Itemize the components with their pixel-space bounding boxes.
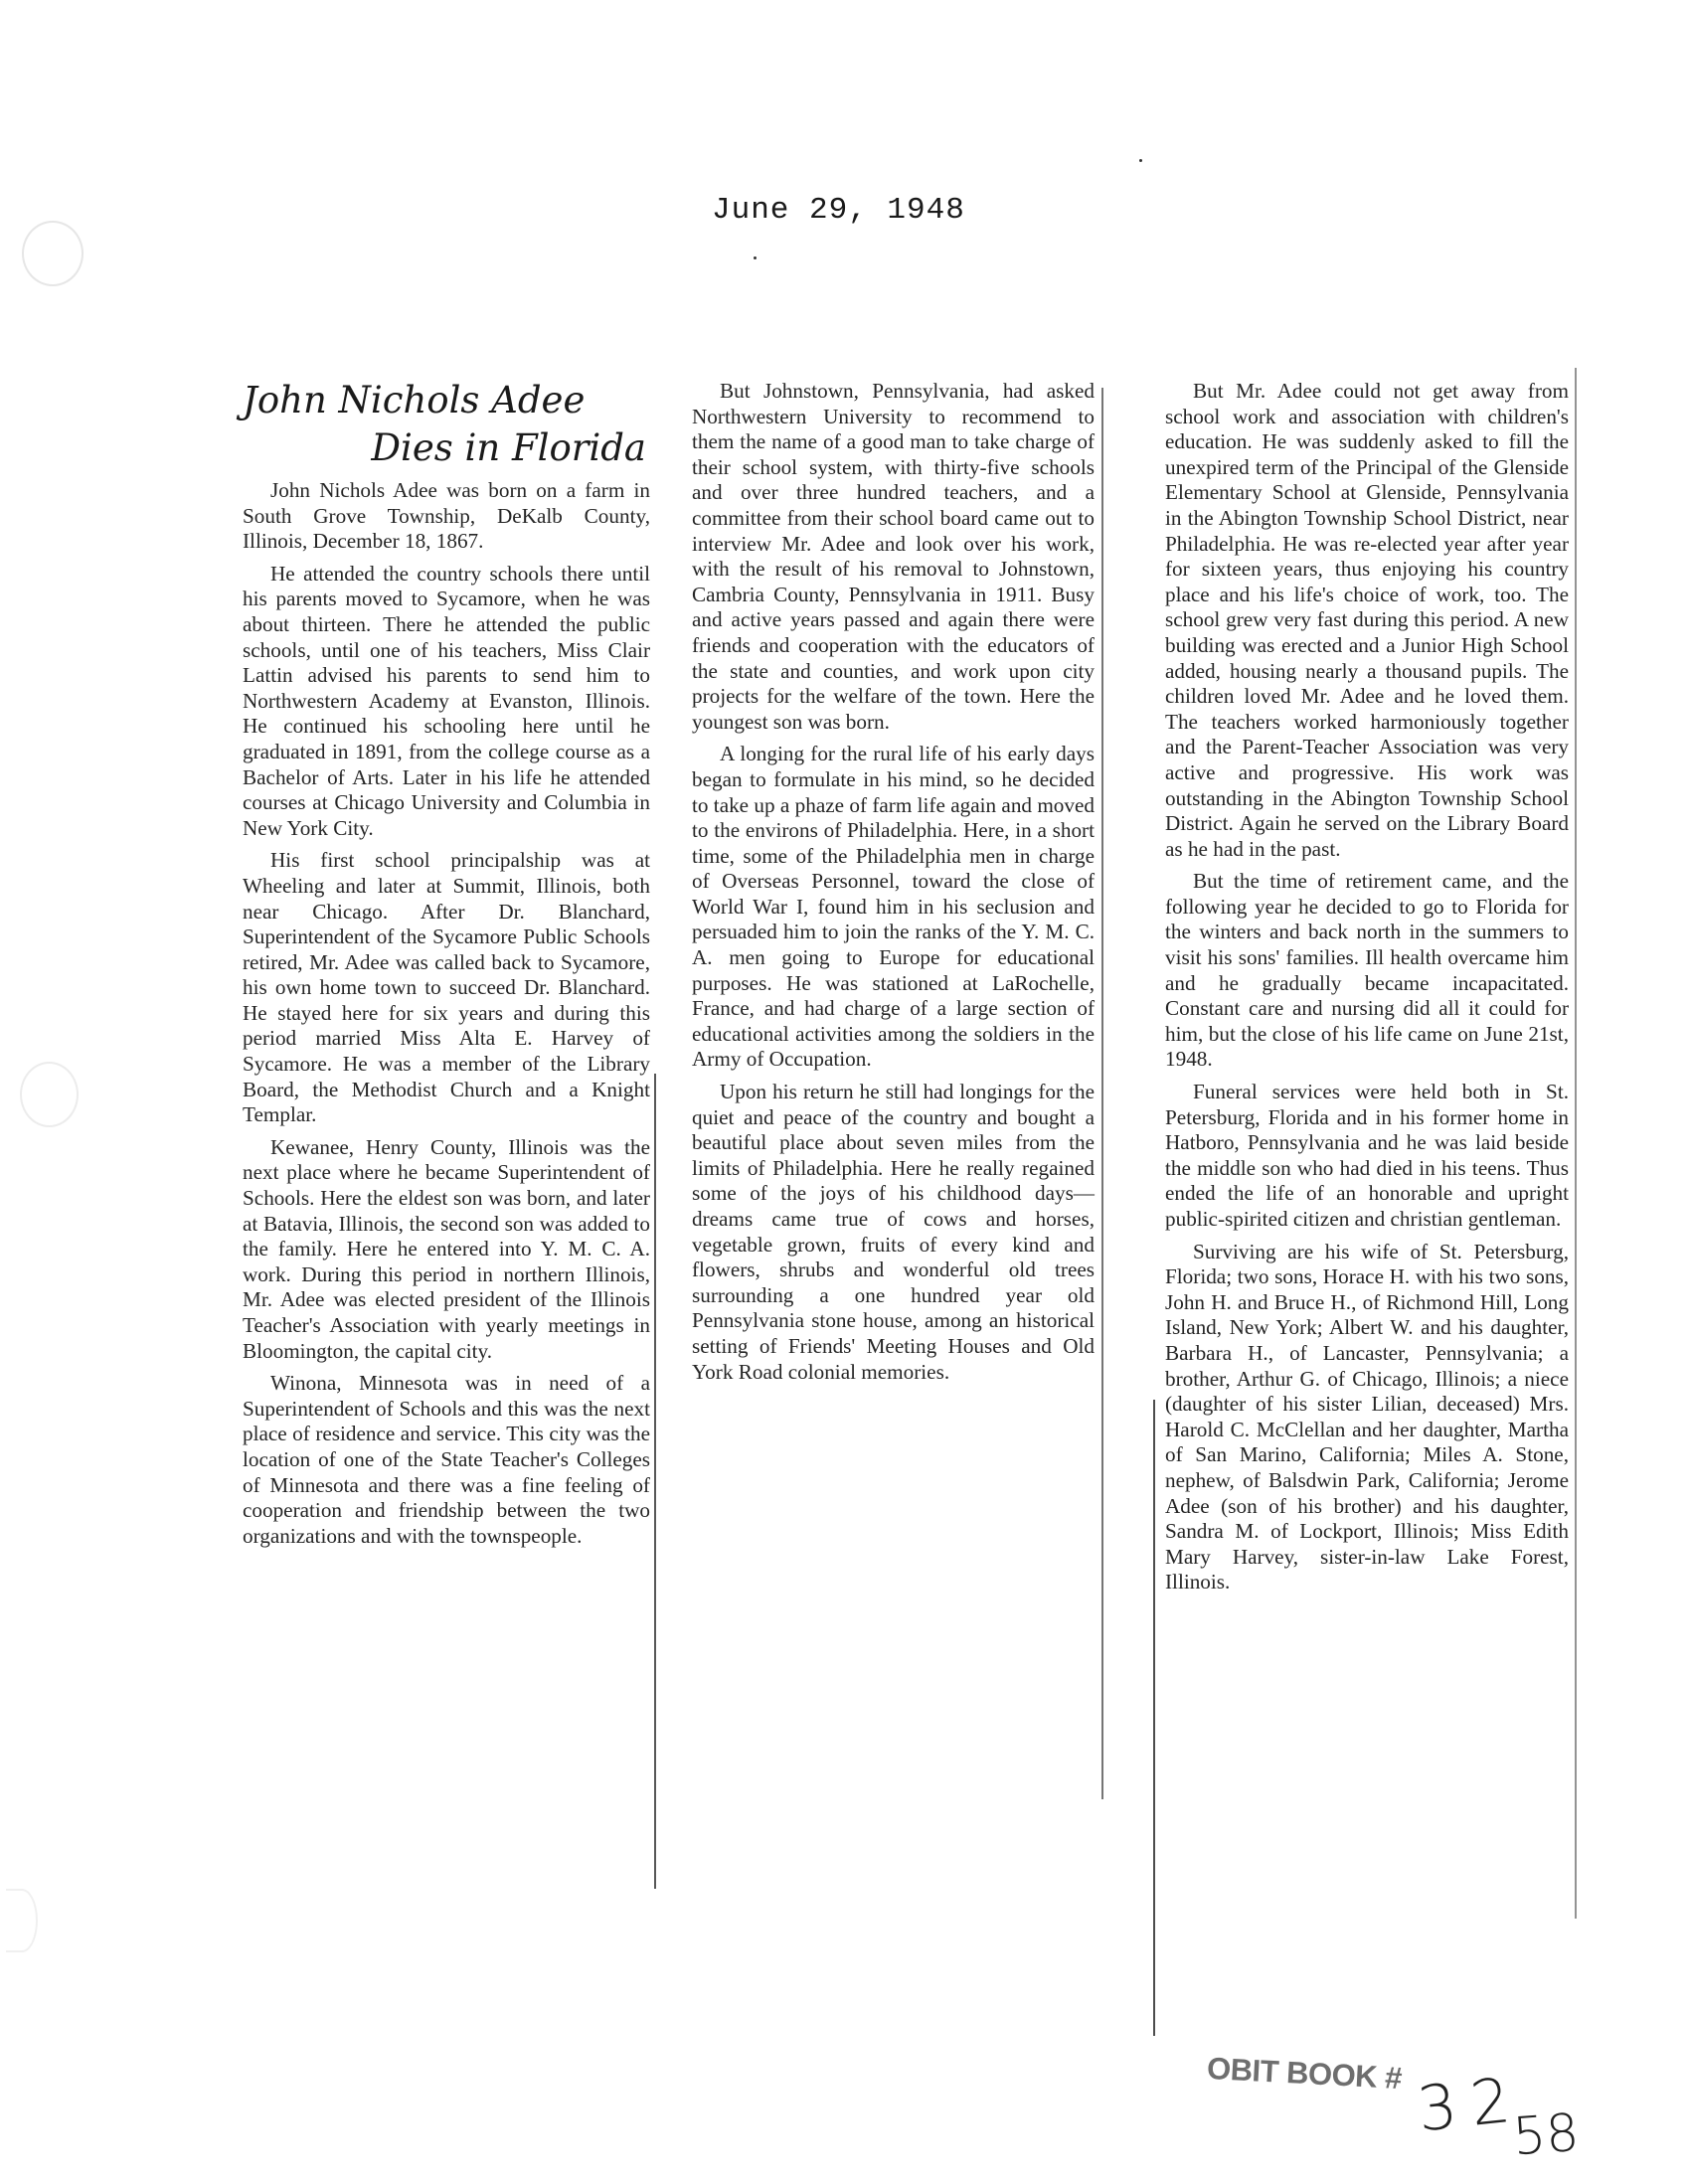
article-paragraph: Upon his return he still had longings fo… xyxy=(692,1080,1095,1385)
article-paragraph: Winona, Minnesota was in need of a Super… xyxy=(243,1371,650,1549)
article-paragraph: He attended the country schools there un… xyxy=(243,562,650,842)
date-header: June 29, 1948 xyxy=(712,193,965,228)
punch-hole xyxy=(22,221,84,286)
article-paragraph: But Mr. Adee could not get away from sch… xyxy=(1165,379,1569,862)
article-paragraph: His first school principalship was at Wh… xyxy=(243,848,650,1128)
punch-hole xyxy=(6,1889,38,1952)
headline-line-2: Dies in Florida xyxy=(243,424,650,472)
scan-speck xyxy=(1139,159,1142,162)
article-paragraph: But the time of retirement came, and the… xyxy=(1165,869,1569,1073)
article-column-1: John Nichols Adee Dies in Florida John N… xyxy=(243,377,650,1556)
scan-speck xyxy=(754,256,757,259)
clipping-edge xyxy=(1101,388,1103,1799)
headline-line-1: John Nichols Adee xyxy=(243,377,650,424)
handwritten-page-number: 58 xyxy=(1511,2103,1581,2167)
article-paragraph: Funeral services were held both in St. P… xyxy=(1165,1080,1569,1233)
article-paragraph: John Nichols Adee was born on a farm in … xyxy=(243,478,650,555)
handwritten-book-number: 32 xyxy=(1414,2063,1527,2146)
article-column-3: But Mr. Adee could not get away from sch… xyxy=(1165,379,1569,1602)
article-paragraph: But Johnstown, Pennsylvania, had asked N… xyxy=(692,379,1095,735)
clipping-edge xyxy=(1575,368,1577,1919)
article-headline: John Nichols Adee Dies in Florida xyxy=(243,377,650,472)
article-column-2: But Johnstown, Pennsylvania, had asked N… xyxy=(692,379,1095,1392)
scanned-page: June 29, 1948 John Nichols Adee Dies in … xyxy=(0,0,1688,2184)
clipping-edge xyxy=(1153,1400,1155,2036)
obit-book-stamp: OBIT BOOK # xyxy=(1206,2051,1403,2097)
punch-hole xyxy=(20,1062,79,1127)
article-paragraph: Surviving are his wife of St. Petersburg… xyxy=(1165,1240,1569,1596)
clipping-edge xyxy=(654,1074,656,1889)
article-paragraph: A longing for the rural life of his earl… xyxy=(692,742,1095,1073)
article-paragraph: Kewanee, Henry County, Illinois was the … xyxy=(243,1135,650,1364)
